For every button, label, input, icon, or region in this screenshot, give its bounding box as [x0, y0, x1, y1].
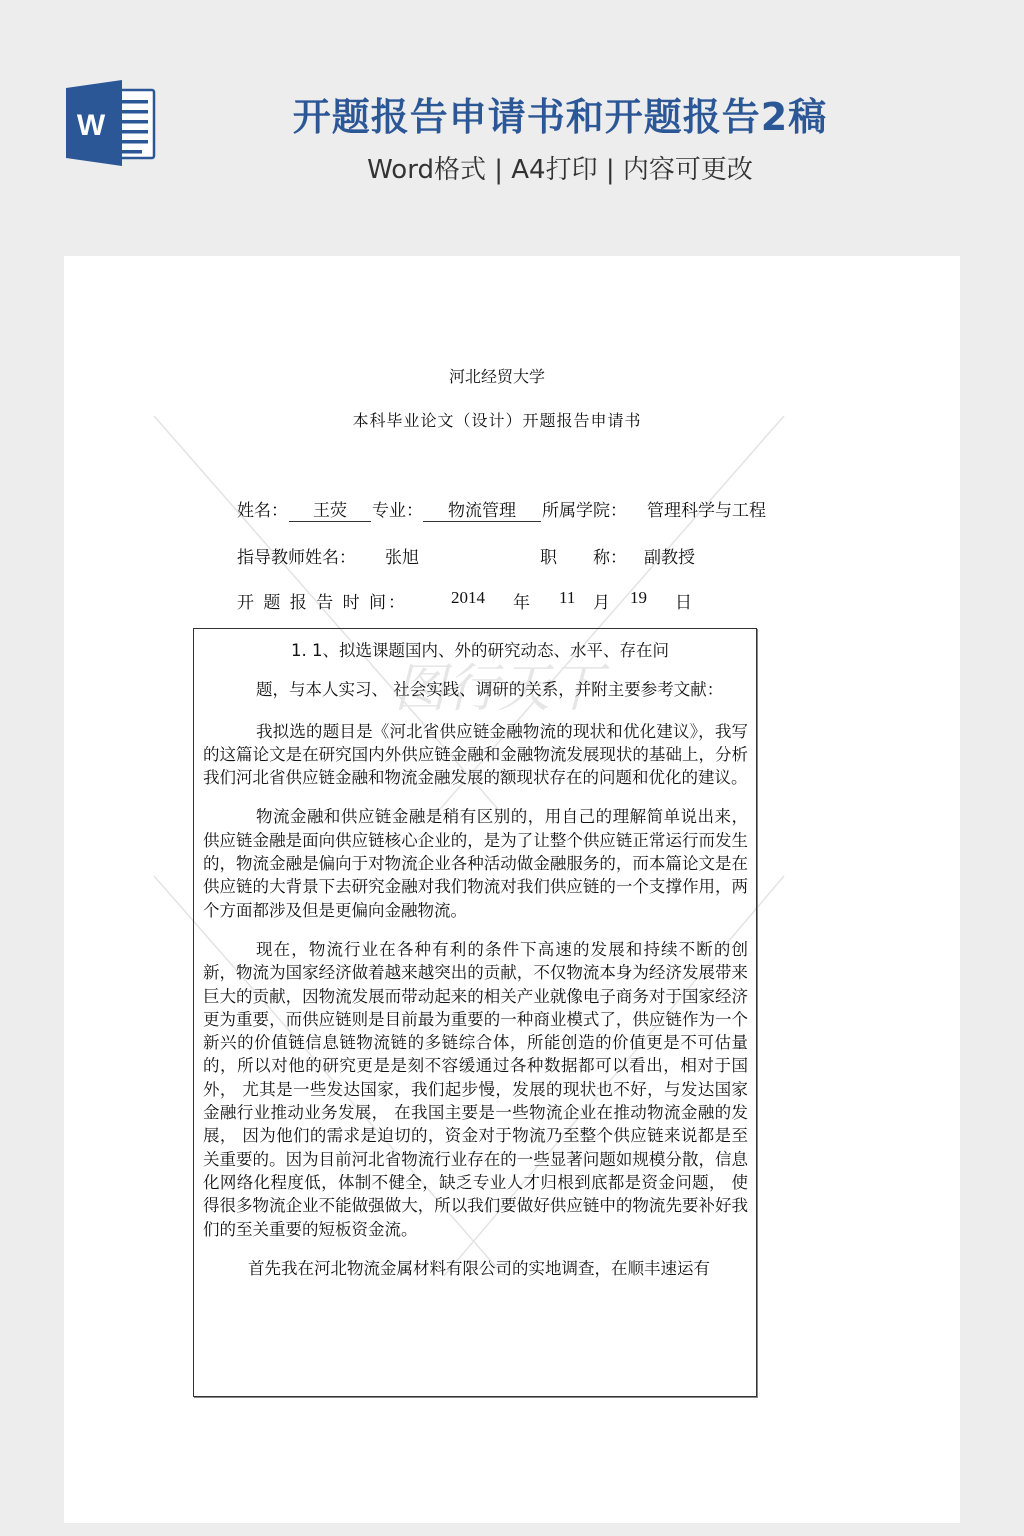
section-heading-cont: 题，与本人实习、 社会实践、调研的关系，并附主要参考文献： [203, 678, 748, 701]
document-page: 图行天下 河北经贸大学 本科毕业论文（设计）开题报告申请书 姓名： 王荧 专业：… [64, 256, 960, 1523]
month-value: 11 [559, 588, 575, 608]
rank-label-2: 称： [593, 543, 627, 568]
year-unit: 年 [513, 588, 530, 613]
word-icon: W [64, 80, 156, 166]
section-heading: 1. 1、拟选课题国内、外的研究动态、水平、存在问 [203, 639, 748, 662]
name-value: 王荧 [289, 496, 371, 522]
month-unit: 月 [593, 588, 610, 613]
paragraph: 物流金融和供应链金融是稍有区别的，用自己的理解简单说出来，供应链金融是面向供应链… [203, 805, 748, 921]
major-value: 物流管理 [423, 496, 541, 522]
subtitle: Word格式 | A4打印 | 内容可更改 [240, 150, 880, 190]
svg-text:W: W [77, 109, 106, 142]
paragraph: 现在，物流行业在各种有利的条件下高速的发展和持续不断的创新，物流为国家经济做着越… [203, 938, 748, 1241]
day-value: 19 [630, 588, 647, 608]
day-unit: 日 [675, 588, 692, 613]
main-title: 开题报告申请书和开题报告2稿 [240, 92, 880, 142]
paragraph: 我拟选的题目是《河北省供应链金融物流的现状和优化建议》，我写的这篇论文是在研究国… [203, 720, 748, 790]
advisor-value: 张旭 [385, 543, 419, 568]
header: W 开题报告申请书和开题报告2稿 Word格式 | A4打印 | 内容可更改 [0, 0, 1024, 256]
advisor-label: 指导教师姓名： [237, 543, 356, 568]
paragraph-truncated: 首先我在河北物流金属材料有限公司的实地调查，在顺丰速运有 [203, 1257, 748, 1280]
college-value: 管理科学与工程 [647, 496, 766, 521]
college-label: 所属学院： [542, 496, 627, 521]
university-name: 河北经贸大学 [64, 364, 930, 387]
form-title: 本科毕业论文（设计）开题报告申请书 [64, 408, 930, 431]
rank-label: 职 [540, 543, 557, 568]
report-section-box: 1. 1、拟选课题国内、外的研究动态、水平、存在问 题，与本人实习、 社会实践、… [193, 628, 757, 1397]
name-label: 姓名： [237, 496, 288, 521]
year-value: 2014 [451, 588, 485, 608]
date-label: 开 题 报 告 时 间： [237, 588, 407, 613]
rank-value: 副教授 [644, 543, 695, 568]
major-label: 专业： [372, 496, 423, 521]
